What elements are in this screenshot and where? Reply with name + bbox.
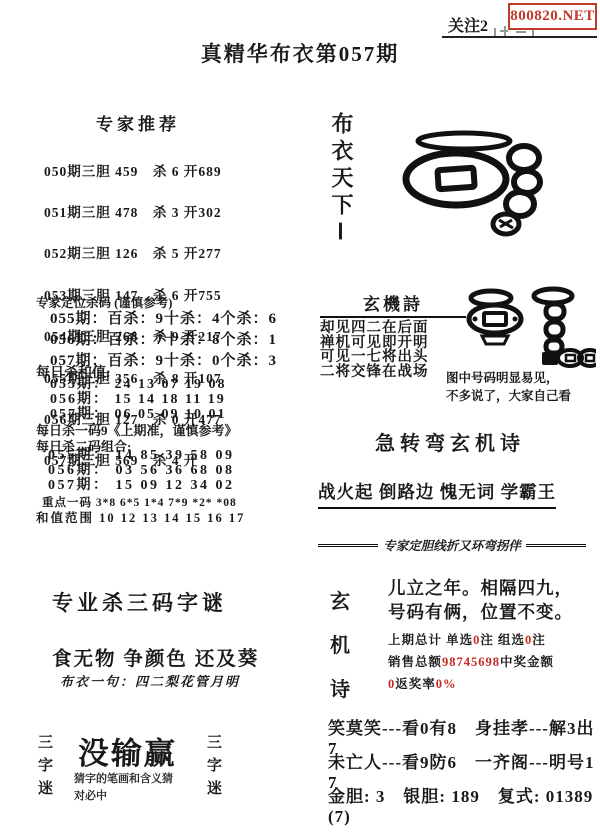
sum-range-line: 和值范围 10 12 13 14 15 16 17	[36, 508, 245, 526]
last-issue-stats-line: 上期总计 单选0注 组选0注	[388, 630, 546, 648]
expert-row: 052期三胆 126 杀 5 开277	[44, 247, 222, 261]
three-char-riddle-left-label: 三字迷	[34, 734, 55, 803]
stats-text: 注 组选	[480, 633, 525, 647]
riddle-note-line: 对必中	[74, 788, 173, 805]
xuanji-shi-vertical-title: 玄 机 诗	[330, 585, 350, 702]
vertical-char: 玄	[330, 585, 350, 614]
xuanji-shi-line2: 号码有俩，位置不变。	[388, 599, 573, 624]
return-rate-value: 0%	[436, 677, 457, 691]
position-kill-row: 056期：百杀：7十杀：8个杀：1	[50, 330, 277, 351]
buyi-tianxia-title: 布衣天下Ⅰ	[326, 112, 357, 250]
daily-sum-kill-row: 055期： 24 13 07 19 08	[50, 377, 227, 392]
poem-line: 却见四二在后面	[320, 321, 466, 336]
expert-row: 051期三胆 478 杀 3 开302	[44, 206, 222, 220]
stats-text: 注	[532, 633, 546, 647]
sales-amount: 98745698	[442, 655, 500, 669]
two-code-row: 056期： 03 56 36 68 08	[48, 464, 235, 479]
expert-row: 050期三胆 459 杀 6 开689	[44, 165, 222, 179]
return-rate-line: 0返奖率0%	[388, 674, 457, 692]
divider-label: 专家定胆线折又环弯拐伴	[383, 536, 521, 554]
expert-dan-divider: 专家定胆线折又环弯拐伴	[318, 536, 586, 554]
watermark-text: 800820.NET	[510, 8, 595, 25]
watermark-badge: 800820.NET	[508, 3, 597, 30]
stats-text: 返奖率	[395, 677, 436, 691]
vertical-char: 机	[330, 629, 350, 658]
stats-text: 中奖金额	[500, 655, 554, 669]
xuanji-shi-line1: 儿立之年。相隔四九，	[388, 575, 573, 600]
xuanji-poem-section: 玄機詩 却见四二在后面 禅机可见即开明 可见一七将出头 二将交锋在战场	[320, 290, 466, 379]
two-code-row: 057期： 15 09 12 34 02	[48, 479, 235, 494]
caption-line: 图中号码明显易见，	[446, 369, 571, 387]
lottery-sheet-page: { "accent_color": "#c0392b", "header": {…	[0, 0, 600, 836]
follow-text: 关注2	[448, 13, 488, 36]
expert-recommend-title: 专家推荐	[96, 110, 180, 135]
sales-total-line: 销售总额98745698中奖金额	[388, 652, 554, 670]
poem-line: 二将交锋在战场	[320, 365, 466, 380]
poem-line: 禅机可见即开明	[320, 336, 466, 351]
coins-illustration-large	[398, 124, 566, 240]
poem-line: 可见一七将出头	[320, 350, 466, 365]
gold-silver-dan-line: 金胆: 3 银胆: 189 复式: 01389 (7)	[328, 782, 600, 827]
two-code-row: 055期： 14 85 39 58 09	[48, 449, 235, 464]
xuanji-poem-caption: 图中号码明显易见， 不多说了，大家自己看	[446, 369, 571, 405]
daily-sum-kill-rows: 055期： 24 13 07 19 08 056期： 15 14 18 11 1…	[50, 377, 227, 422]
sharp-turn-line: 战火起 倒路边 愧无词 学霸王	[318, 479, 556, 509]
buyi-sentence: 布衣一句：四二梨花管月明	[60, 671, 240, 690]
three-char-riddle-note: 猜字的笔画和含义猜 对必中	[74, 771, 173, 805]
sharp-turn-title: 急转弯玄机诗	[310, 427, 590, 456]
riddle-note-line: 猜字的笔画和含义猜	[74, 771, 173, 788]
caption-line: 不多说了，大家自己看	[446, 387, 571, 405]
kill-three-riddle-title: 专业杀三码字谜	[52, 587, 227, 617]
daily-sum-kill-row: 056期： 15 14 18 11 19	[50, 392, 227, 407]
xuanji-poem-title: 玄機詩	[320, 290, 466, 318]
position-kill-row: 055期：百杀：9十杀：4个杀：6	[50, 309, 277, 330]
stats-text: 销售总额	[388, 655, 442, 669]
kill-three-riddle-text: 食无物 争颜色 还及葵	[52, 643, 259, 671]
vertical-char: 诗	[330, 673, 350, 702]
three-char-riddle-word: 没输赢	[77, 728, 178, 773]
page-title: 真精华布衣第057期	[0, 38, 600, 68]
xuanji-poem-lines: 却见四二在后面 禅机可见即开明 可见一七将出头 二将交锋在战场	[320, 321, 466, 379]
stats-text: 上期总计 单选	[388, 633, 473, 647]
three-char-riddle-right-label: 三字迷	[203, 734, 224, 803]
coins-illustration-small	[458, 286, 596, 368]
two-code-rows: 055期： 14 85 39 58 09 056期： 03 56 36 68 0…	[48, 449, 235, 493]
